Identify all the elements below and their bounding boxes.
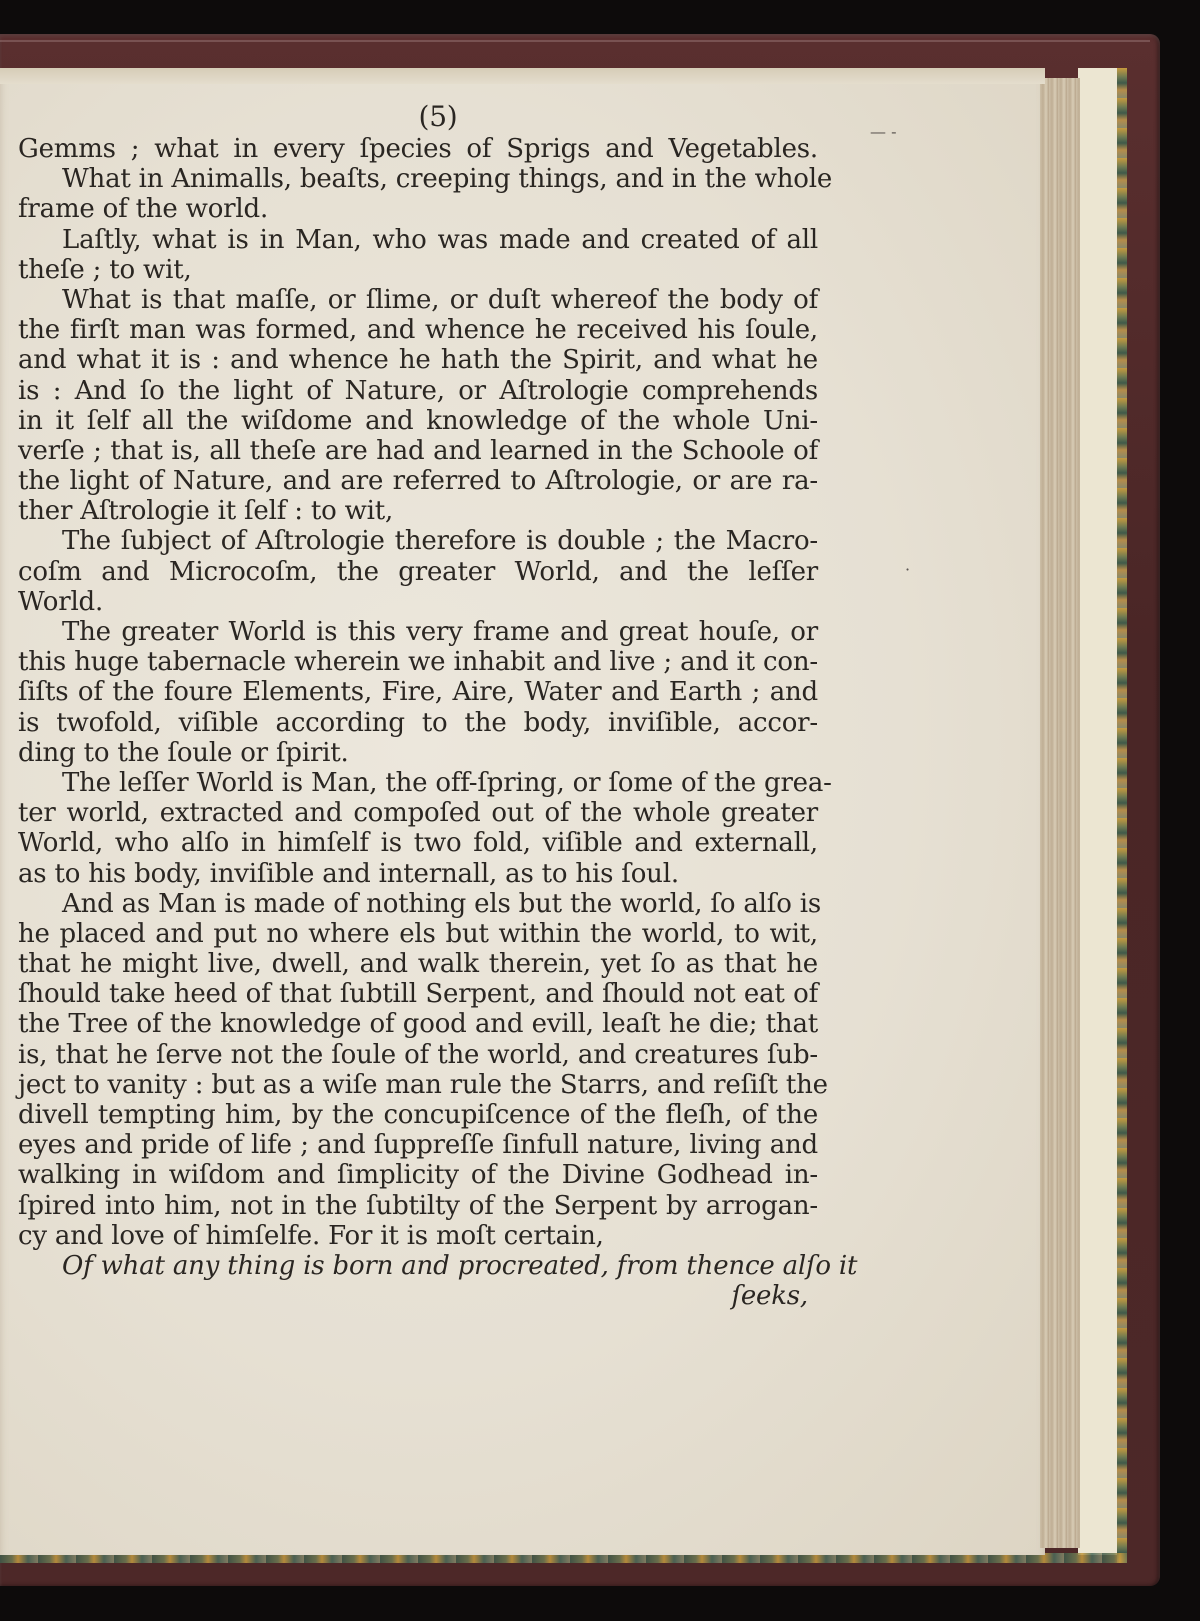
text-line: Gemms ; what in every ſpecies of Sprigs … <box>18 134 818 164</box>
text-line: World. <box>18 587 818 617</box>
margin-mark: · <box>905 560 910 579</box>
text-line: eyes and pride of life ; and ſuppreſſe ſ… <box>18 1130 818 1160</box>
text-line: ther Aſtrologie it ſelf : to wit, <box>18 496 818 526</box>
text-line: The greater World is this very frame and… <box>18 617 818 647</box>
text-line: walking in wiſdom and ſimplicity of the … <box>18 1160 818 1190</box>
text-line: as to his body, inviſible and internall,… <box>18 859 818 889</box>
text-line: ject to vanity : but as a wiſe man rule … <box>18 1070 818 1100</box>
text-line: frame of the world. <box>18 194 818 224</box>
text-line: Laſtly, what is in Man, who was made and… <box>18 225 818 255</box>
margin-mark: — - <box>870 122 897 141</box>
text-line: he placed and put no where els but withi… <box>18 919 818 949</box>
text-line: is twofold, viſible according to the bod… <box>18 708 818 738</box>
text-line: theſe ; to wit, <box>18 255 818 285</box>
text-line: in it ſelf all the wiſdome and knowledge… <box>18 406 818 436</box>
text-line: ſpired into him, not in the ſubtilty of … <box>18 1191 818 1221</box>
text-line: cy and love of himſelfe. For it is moſt … <box>18 1221 818 1251</box>
endpaper <box>1078 68 1118 1555</box>
page-block-edges <box>1040 78 1080 1548</box>
cover-edge-highlight <box>0 40 1150 42</box>
text-line: ſeeks, <box>18 1281 818 1311</box>
text-line: ſhould take heed of that ſubtill Serpent… <box>18 979 818 1009</box>
text-line: ter world, extracted and compoſed out of… <box>18 798 818 828</box>
text-line: coſm and Microcoſm, the greater World, a… <box>18 557 818 587</box>
text-line: this huge tabernacle wherein we inhabit … <box>18 647 818 677</box>
marbled-edge-right <box>1117 68 1127 1563</box>
text-line: Of what any thing is born and procreated… <box>18 1251 818 1281</box>
text-line: And as Man is made of nothing els but th… <box>18 889 818 919</box>
text-line: that he might live, dwell, and walk ther… <box>18 949 818 979</box>
text-line: the firſt man was formed, and whence he … <box>18 315 818 345</box>
text-line: the light of Nature, and are referred to… <box>18 466 818 496</box>
text-line: the Tree of the knowledge of good and ev… <box>18 1009 818 1039</box>
text-line: ding to the ſoule or ſpirit. <box>18 738 818 768</box>
page-text-block: (5) Gemms ; what in every ſpecies of Spr… <box>18 100 818 1311</box>
page-top-edge <box>0 68 1045 84</box>
text-line: What in Animalls, beaſts, creeping thing… <box>18 164 818 194</box>
text-line: What is that maſſe, or ſlime, or duſt wh… <box>18 285 818 315</box>
text-line: The ſubject of Aſtrologie therefore is d… <box>18 526 818 556</box>
text-line: The leſſer World is Man, the off-ſpring,… <box>18 768 818 798</box>
text-line: divell tempting him, by the concupiſcenc… <box>18 1100 818 1130</box>
page-number: (5) <box>58 100 818 134</box>
text-lines: Gemms ; what in every ſpecies of Sprigs … <box>18 134 818 1311</box>
text-line: ſiſts of the foure Elements, Fire, Aire,… <box>18 677 818 707</box>
text-line: verſe ; that is, all theſe are had and l… <box>18 436 818 466</box>
text-line: is : And ſo the light of Nature, or Aſtr… <box>18 376 818 406</box>
text-line: World, who alſo in himſelf is two fold, … <box>18 828 818 858</box>
text-line: and what it is : and whence he hath the … <box>18 345 818 375</box>
text-line: is, that he ſerve not the ſoule of the w… <box>18 1040 818 1070</box>
